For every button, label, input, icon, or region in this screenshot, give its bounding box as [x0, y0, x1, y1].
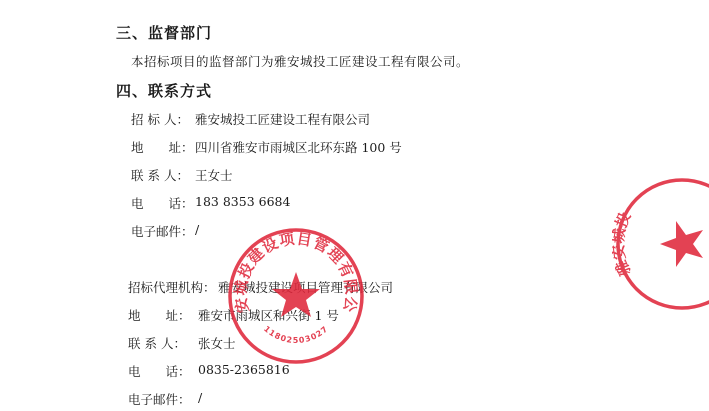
- agency-row-name: 招标代理机构： 雅安城投建设项目管理有限公司: [128, 278, 393, 296]
- section-3-heading: 三、监督部门: [116, 22, 212, 43]
- field-label: 联 系 人：: [128, 334, 198, 352]
- field-label: 联 系 人：: [131, 166, 195, 184]
- tenderer-phone: 183 8353 6684: [195, 194, 290, 212]
- tenderer-row-phone: 电 话： 183 8353 6684: [131, 194, 290, 212]
- agency-name: 雅安城投建设项目管理有限公司: [218, 278, 393, 296]
- agency-email: /: [198, 390, 202, 408]
- tenderer-row-email: 电子邮件： /: [131, 222, 199, 240]
- agency-row-phone: 电 话： 0835-2365816: [128, 362, 290, 380]
- agency-seal-stamp: 雅安城投建设项目管理有限公司 5118025030279: [226, 226, 366, 366]
- tenderer-email: /: [195, 222, 199, 240]
- field-label: 电 话：: [131, 194, 195, 212]
- agency-row-email: 电子邮件： /: [128, 390, 202, 408]
- field-label: 地 址：: [131, 138, 195, 156]
- tenderer-row-name: 招 标 人： 雅安城投工匠建设工程有限公司: [131, 110, 370, 128]
- field-label: 电 话：: [128, 362, 198, 380]
- field-label: 电子邮件：: [128, 390, 198, 408]
- agency-phone: 0835-2365816: [198, 362, 290, 380]
- tenderer-name: 雅安城投工匠建设工程有限公司: [195, 110, 370, 128]
- section-3-body: 本招标项目的监督部门为雅安城投工匠建设工程有限公司。: [131, 52, 469, 70]
- agency-address: 雅安市雨城区和兴街 1 号: [198, 306, 339, 324]
- agency-contact: 张女士: [198, 334, 236, 352]
- star-icon: [660, 221, 703, 267]
- agency-row-address: 地 址： 雅安市雨城区和兴街 1 号: [128, 306, 339, 324]
- svg-text:雅安城投: 雅安城投: [612, 210, 634, 279]
- section-4-heading: 四、联系方式: [116, 80, 212, 101]
- tenderer-row-contact: 联 系 人： 王女士: [131, 166, 233, 184]
- tenderer-contact: 王女士: [195, 166, 233, 184]
- tenderer-seal-stamp-partial: 雅安城投 5118025030279: [612, 176, 709, 312]
- field-label: 招 标 人：: [131, 110, 195, 128]
- field-label: 地 址：: [128, 306, 198, 324]
- agency-row-contact: 联 系 人： 张女士: [128, 334, 236, 352]
- field-label: 电子邮件：: [131, 222, 195, 240]
- field-label: 招标代理机构：: [128, 278, 218, 296]
- tenderer-address: 四川省雅安市雨城区北环东路 100 号: [195, 138, 402, 156]
- tenderer-row-address: 地 址： 四川省雅安市雨城区北环东路 100 号: [131, 138, 402, 156]
- svg-text:雅安城投建设项目管理有限公司: 雅安城投建设项目管理有限公司: [226, 226, 360, 314]
